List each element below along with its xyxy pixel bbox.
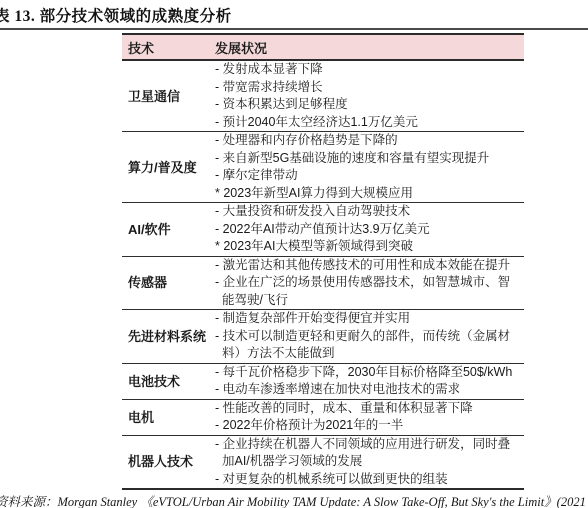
table-row: 算力/普及度- 处理器和内存价格趋势是下降的- 来自新型5G基础设施的速度和容量… [122, 132, 524, 203]
status-item: - 企业持续在机器人不同领域的应用进行研发，同时叠加AI/机器学习领域的发展 [215, 436, 522, 471]
table-row: 传感器- 激光雷达和其他传感技术的可用性和成本效能在提升- 企业在广泛的场景使用… [122, 257, 524, 311]
tech-label: 电机 [122, 400, 207, 435]
status-item: - 性能改善的同时，成本、重量和体积显著下降 [215, 400, 522, 418]
status-item: - 预计2040年太空经济达1.1万亿美元 [215, 114, 522, 132]
report-page: { "title": "表 13. 部分技术领域的成熟度分析", "table"… [0, 0, 588, 508]
table-row: 卫星通信- 发射成本显著下降- 带宽需求持续增长- 资本积累达到足够程度- 预计… [122, 61, 524, 132]
table-row: AI/软件- 大量投资和研发投入自动驾驶技术- 2022年AI带动产值预计达3.… [122, 203, 524, 257]
status-item: - 2022年价格预计为2021年的一半 [215, 417, 522, 435]
header-cell-development: 发展状况 [207, 38, 524, 57]
status-item: - 来自新型5G基础设施的速度和容量有望实现提升 [215, 150, 522, 168]
status-item: - 摩尔定律带动 [215, 167, 522, 185]
table-row: 机器人技术- 企业持续在机器人不同领域的应用进行研发，同时叠加AI/机器学习领域… [122, 436, 524, 491]
source-note: 资料来源：Morgan Stanley 《eVTOL/Urban Air Mob… [0, 492, 586, 508]
title-rule [0, 28, 588, 30]
development-status-cell: - 激光雷达和其他传感技术的可用性和成本效能在提升- 企业在广泛的场景使用传感器… [207, 257, 524, 310]
status-item: - 制造复杂部件开始变得便宜并实用 [215, 310, 522, 328]
tech-label: 机器人技术 [122, 436, 207, 489]
tech-label: 卫星通信 [122, 61, 207, 131]
status-item: - 技术可以制造更轻和更耐久的部件，而传统（金属材料）方法不太能做到 [215, 328, 522, 363]
table-row: 电池技术- 每千瓦价格稳步下降，2030年目标价格降至50$/kWh- 电动车渗… [122, 364, 524, 400]
table-title: 表 13. 部分技术领域的成熟度分析 [0, 4, 232, 26]
status-item: - 每千瓦价格稳步下降，2030年目标价格降至50$/kWh [215, 364, 522, 382]
status-item: - 企业在广泛的场景使用传感器技术，如智慧城市、智能驾驶/飞行 [215, 274, 522, 309]
status-item: - 发射成本显著下降 [215, 61, 522, 79]
maturity-table: 技术 发展状况 卫星通信- 发射成本显著下降- 带宽需求持续增长- 资本积累达到… [122, 33, 524, 490]
header-cell-tech: 技术 [122, 38, 207, 57]
status-item: - 资本积累达到足够程度 [215, 96, 522, 114]
tech-label: AI/软件 [122, 203, 207, 256]
status-item: - 电动车渗透率增速在加快对电池技术的需求 [215, 381, 522, 399]
development-status-cell: - 处理器和内存价格趋势是下降的- 来自新型5G基础设施的速度和容量有望实现提升… [207, 132, 524, 202]
development-status-cell: - 每千瓦价格稳步下降，2030年目标价格降至50$/kWh- 电动车渗透率增速… [207, 364, 524, 399]
table-row: 先进材料系统- 制造复杂部件开始变得便宜并实用- 技术可以制造更轻和更耐久的部件… [122, 310, 524, 364]
tech-label: 传感器 [122, 257, 207, 310]
status-item: * 2023年AI大模型等新领域得到突破 [215, 238, 522, 256]
status-item: - 对更复杂的机械系统可以做到更快的组装 [215, 471, 522, 489]
status-item: - 2022年AI带动产值预计达3.9万亿美元 [215, 221, 522, 239]
status-item: - 大量投资和研发投入自动驾驶技术 [215, 203, 522, 221]
development-status-cell: - 大量投资和研发投入自动驾驶技术- 2022年AI带动产值预计达3.9万亿美元… [207, 203, 524, 256]
tech-label: 先进材料系统 [122, 310, 207, 363]
status-item: - 激光雷达和其他传感技术的可用性和成本效能在提升 [215, 257, 522, 275]
table-body: 卫星通信- 发射成本显著下降- 带宽需求持续增长- 资本积累达到足够程度- 预计… [122, 61, 524, 490]
development-status-cell: - 企业持续在机器人不同领域的应用进行研发，同时叠加AI/机器学习领域的发展- … [207, 436, 524, 489]
tech-label: 算力/普及度 [122, 132, 207, 202]
development-status-cell: - 性能改善的同时，成本、重量和体积显著下降- 2022年价格预计为2021年的… [207, 400, 524, 435]
tech-label: 电池技术 [122, 364, 207, 399]
status-item: - 处理器和内存价格趋势是下降的 [215, 132, 522, 150]
development-status-cell: - 发射成本显著下降- 带宽需求持续增长- 资本积累达到足够程度- 预计2040… [207, 61, 524, 131]
table-row: 电机- 性能改善的同时，成本、重量和体积显著下降- 2022年价格预计为2021… [122, 400, 524, 436]
status-item: - 带宽需求持续增长 [215, 79, 522, 97]
status-item: * 2023年新型AI算力得到大规模应用 [215, 185, 522, 203]
development-status-cell: - 制造复杂部件开始变得便宜并实用- 技术可以制造更轻和更耐久的部件，而传统（金… [207, 310, 524, 363]
table-header: 技术 发展状况 [122, 33, 524, 61]
